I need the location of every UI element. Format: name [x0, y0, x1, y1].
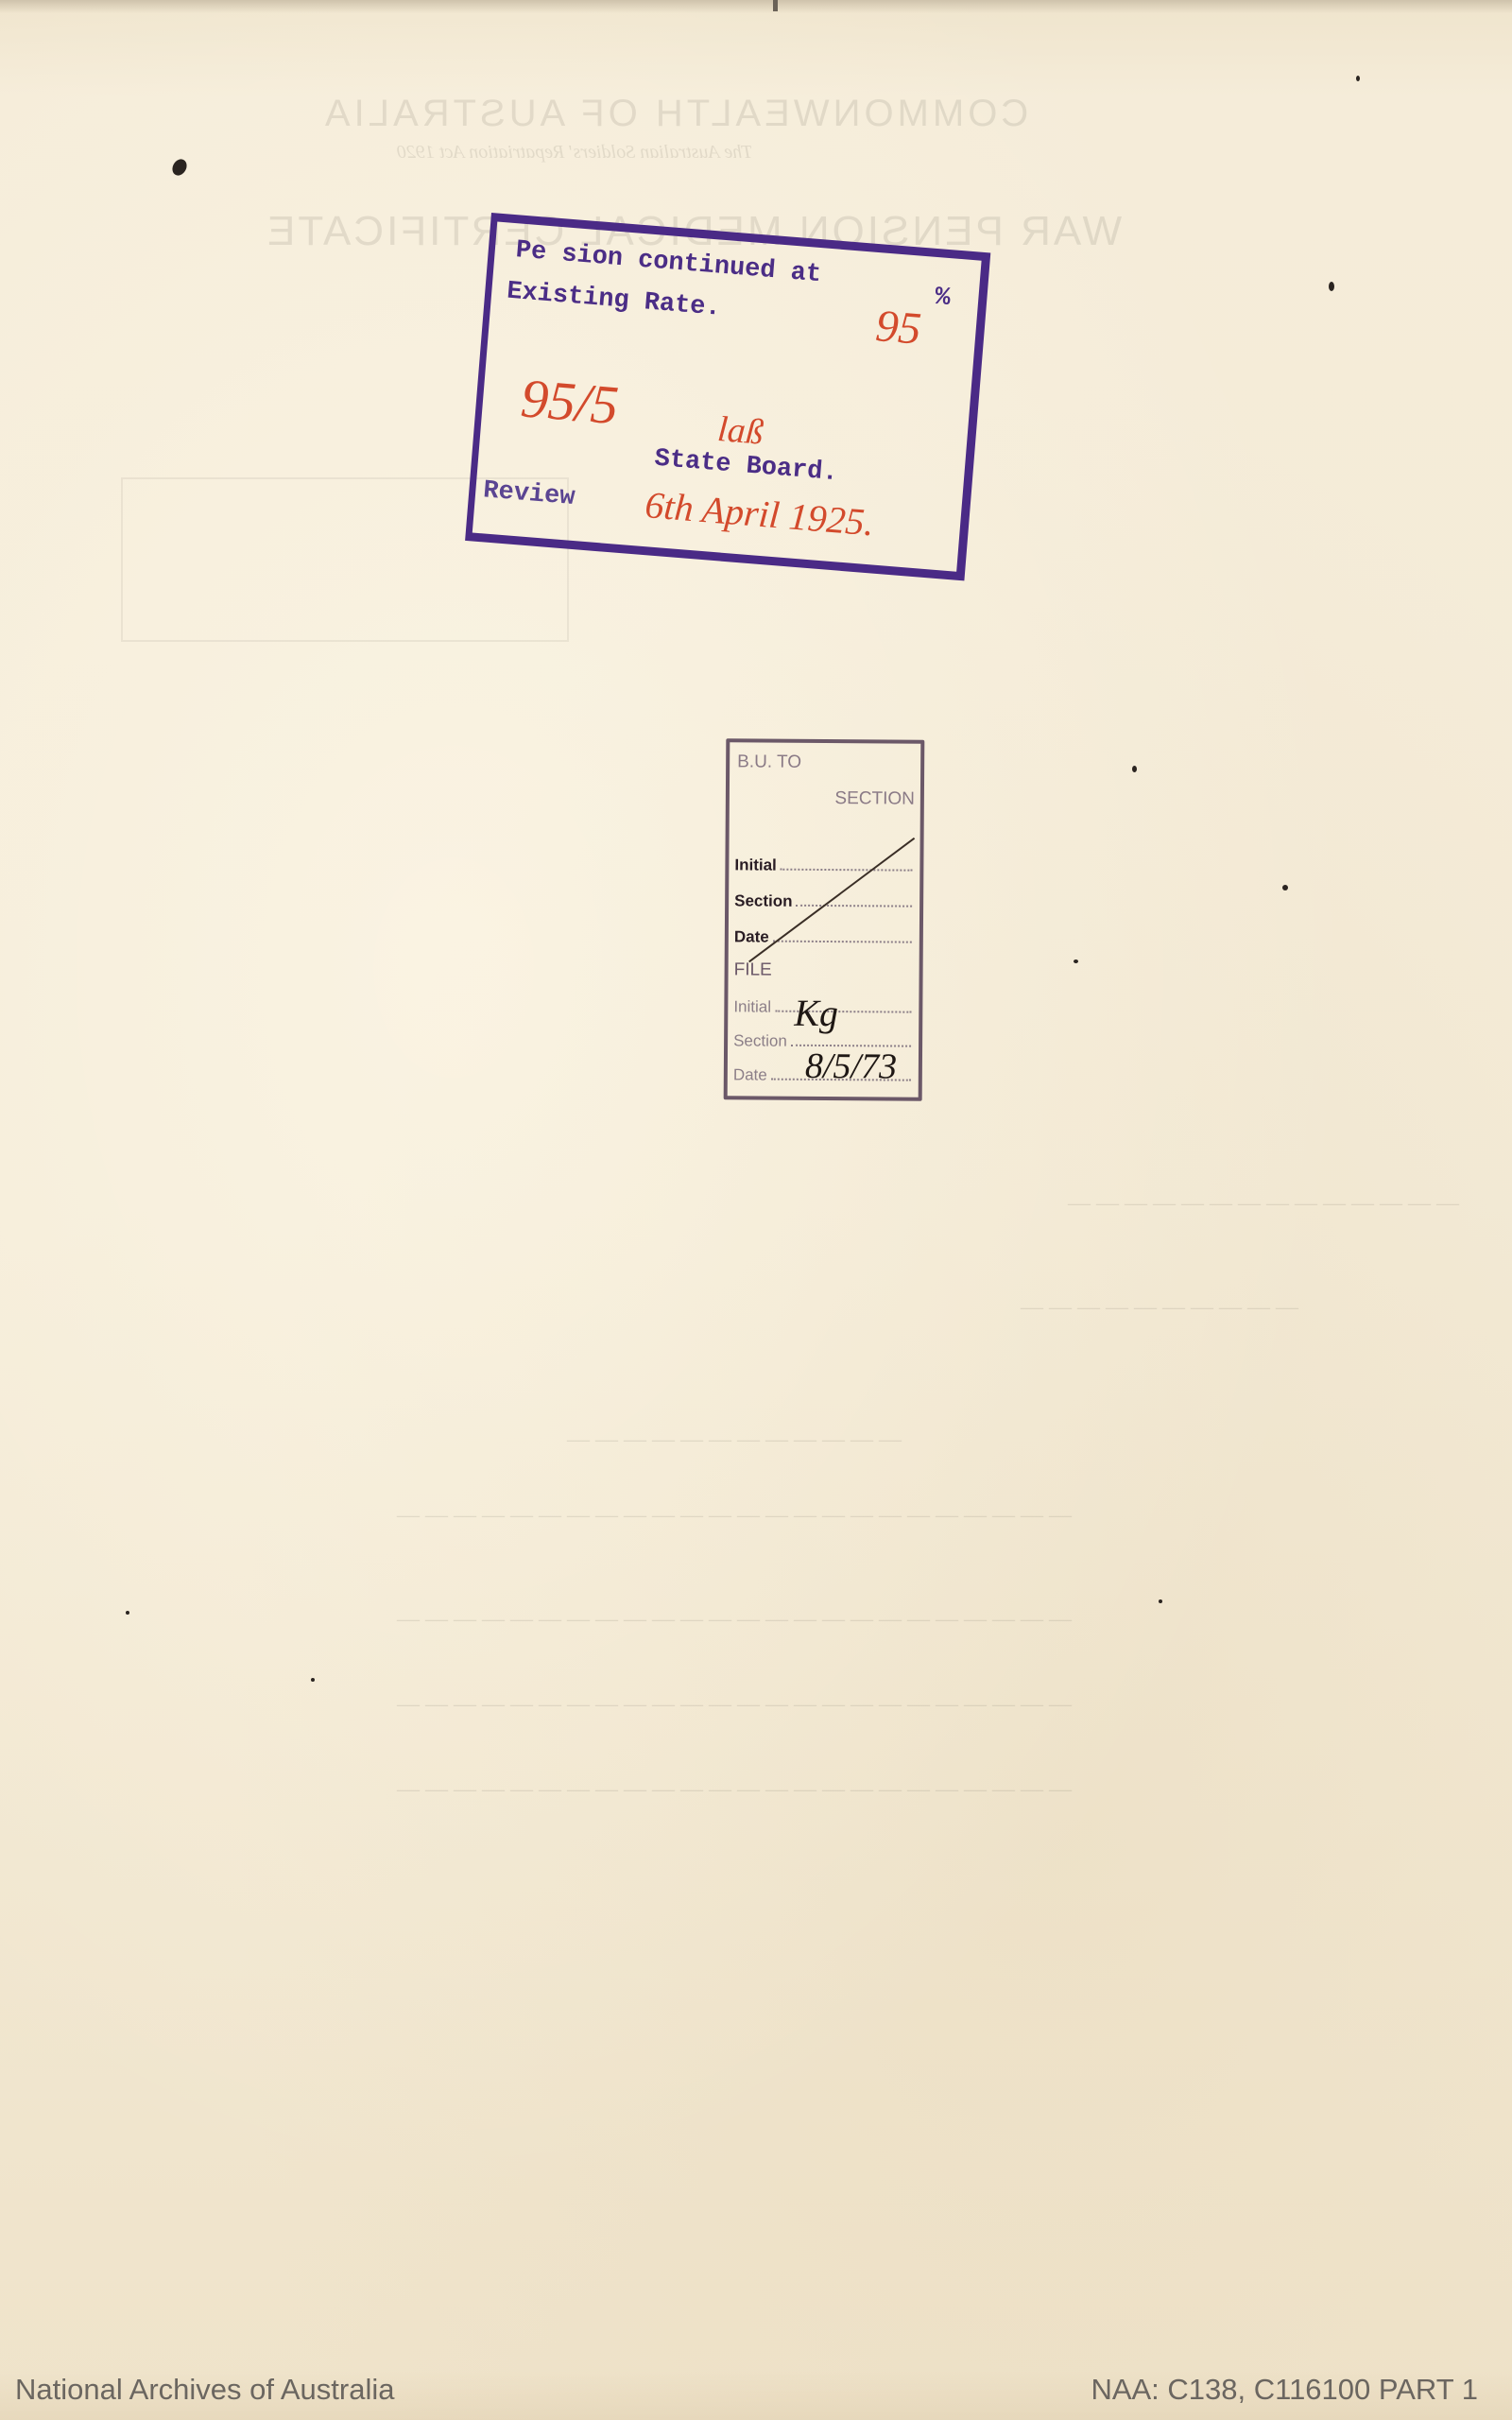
stamp-percent-sign: %	[934, 284, 952, 313]
bleed-through-subheading: The Australian Soldiers' Repatriation Ac…	[397, 142, 752, 164]
handwritten-date: 6th April 1925.	[644, 482, 876, 544]
handwritten-rate-side: 95/5	[519, 366, 621, 437]
pension-review-stamp: Pe sion continued at % Existing Rate. St…	[465, 213, 990, 580]
bleed-through-line: — — — — — — — — — — — —	[567, 1427, 902, 1453]
ink-speck	[1159, 1599, 1162, 1603]
ink-speck	[311, 1678, 315, 1682]
ink-speck	[1074, 959, 1078, 963]
bleed-through-line: — — — — — — — — — — — — — — — — — — — — …	[397, 1503, 1072, 1529]
bleed-through-line: — — — — — — — — — — — — — — — — — — — — …	[397, 1607, 1072, 1633]
ink-speck	[126, 1611, 129, 1615]
archive-reference: NAA: C138, C116100 PART 1	[1091, 2373, 1478, 2407]
ink-speck	[1356, 76, 1360, 81]
handwritten-rate: 95	[874, 300, 923, 355]
handwritten-initials: laß	[716, 408, 765, 454]
stamp-review-text: Review	[482, 476, 576, 512]
bleed-through-line: — — — — — — — — — —	[1021, 1295, 1298, 1321]
stamp-existing-rate-text: Existing Rate.	[506, 278, 722, 323]
bleed-through-line: — — — — — — — — — — — — — —	[1068, 1191, 1459, 1217]
ink-speck	[1282, 885, 1288, 890]
binding-clip-mark	[773, 0, 778, 11]
bleed-through-line: — — — — — — — — — — — — — — — — — — — — …	[397, 1777, 1072, 1803]
bleed-through-heading: COMMONWEALTH OF AUSTRALIA	[321, 93, 1028, 135]
handwritten-file-date: 8/5/73	[805, 1046, 897, 1088]
bleed-through-line: — — — — — — — — — — — — — — — — — — — — …	[397, 1692, 1072, 1718]
archive-name: National Archives of Australia	[15, 2373, 395, 2407]
bu-to-section-stamp: B.U. TO SECTION Initial Section Date FIL…	[724, 738, 925, 1100]
ink-speck	[1329, 282, 1334, 291]
ink-speck	[1132, 766, 1137, 772]
handwritten-file-initials: Kg	[794, 991, 838, 1035]
scan-top-edge	[0, 0, 1512, 13]
